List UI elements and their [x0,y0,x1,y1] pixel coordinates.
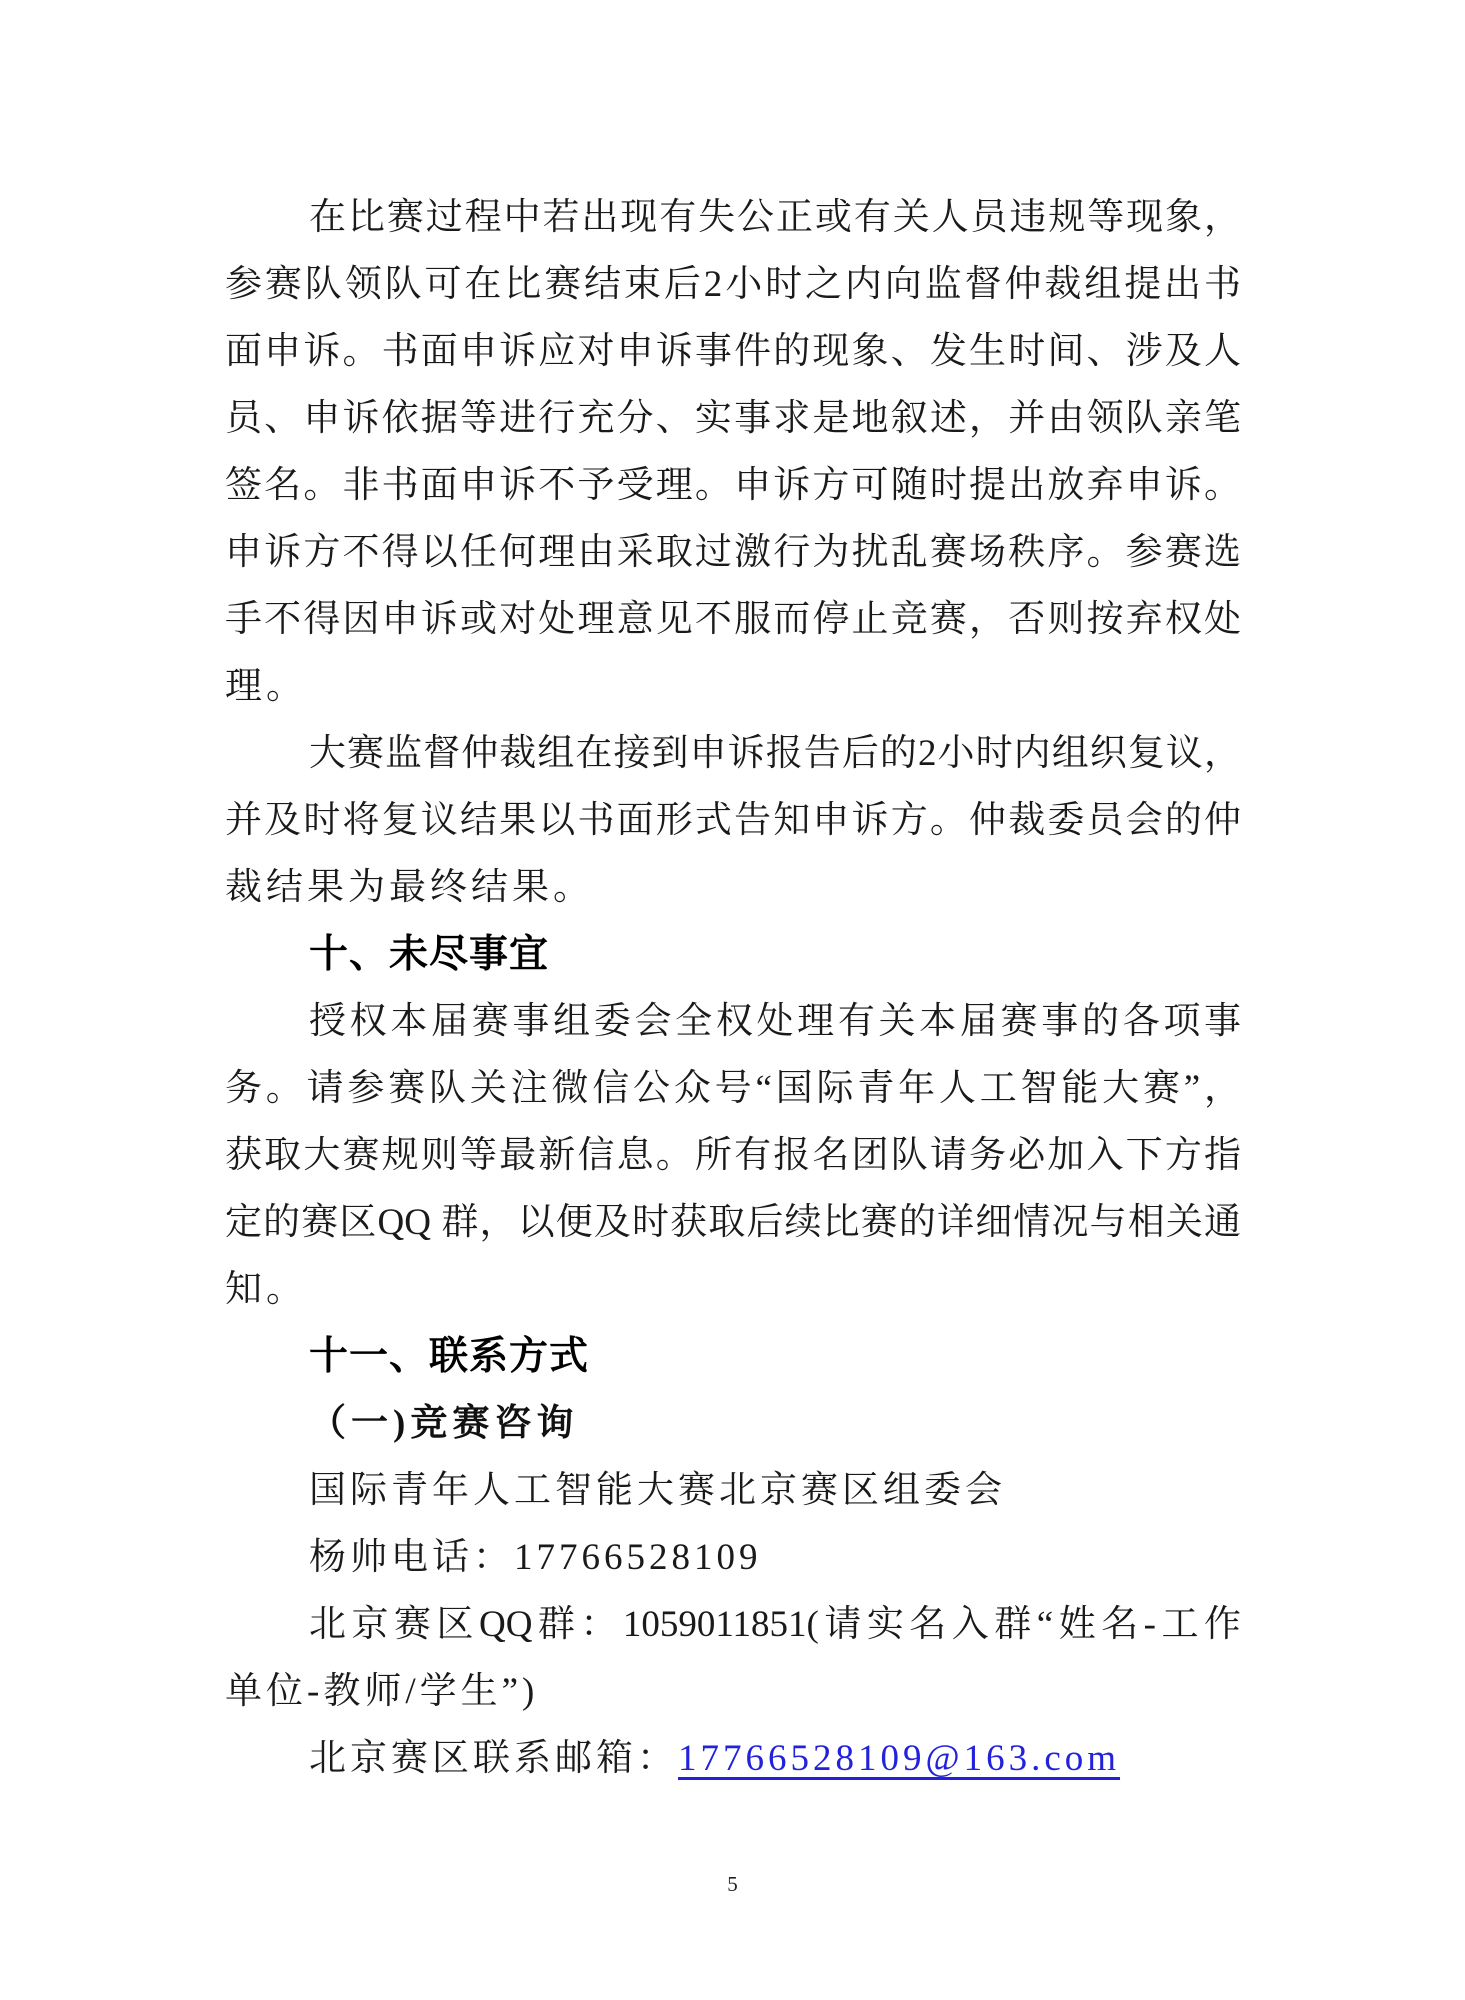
body-line: 并及时将复议结果以书面形式告知申诉方。仲裁委员会的仲 [225,787,1241,854]
body-line: 签名。非书面申诉不予受理。申诉方可随时提出放弃申诉。 [225,452,1241,519]
body-line: 员、申诉依据等进行充分、实事求是地叙述，并由领队亲笔 [225,385,1241,452]
body-line: 获取大赛规则等最新信息。所有报名团队请务必加入下方指 [225,1122,1241,1189]
body-line: 手不得因申诉或对处理意见不服而停止竞赛，否则按弃权处 [225,586,1241,653]
page-number: 5 [0,1870,1465,1898]
email-label: 北京赛区联系邮箱： [309,1738,678,1779]
body-line: 大赛监督仲裁组在接到申诉报告后的2小时内组织复议， [225,720,1241,787]
body-line: 面申诉。书面申诉应对申诉事件的现象、发生时间、涉及人 [225,318,1241,385]
contact-qq-line-wrap: 单位-教师/学生”) [225,1658,1241,1725]
subsection-heading-consult: （一)竞赛咨询 [225,1390,1241,1457]
body-line: 知。 [225,1256,1241,1323]
body-line: 理。 [225,653,1241,720]
contact-phone-line: 杨帅电话：17766528109 [225,1524,1241,1591]
contact-org-line: 国际青年人工智能大赛北京赛区组委会 [225,1457,1241,1524]
contact-email-line: 北京赛区联系邮箱：17766528109@163.com [225,1725,1241,1792]
body-line: 定的赛区QQ 群，以便及时获取后续比赛的详细情况与相关通 [225,1189,1241,1256]
body-line: 务。请参赛队关注微信公众号“国际青年人工智能大赛”， [225,1055,1241,1122]
contact-qq-line: 北京赛区QQ群：1059011851(请实名入群“姓名-工作 [225,1591,1241,1658]
body-line: 裁结果为最终结果。 [225,854,1241,921]
section-heading-ten: 十、未尽事宜 [225,921,1241,988]
email-link[interactable]: 17766528109@163.com [678,1738,1120,1779]
section-heading-eleven: 十一、联系方式 [225,1323,1241,1390]
document-page: 在比赛过程中若出现有失公正或有关人员违规等现象， 参赛队领队可在比赛结束后2小时… [0,0,1465,2000]
body-line: 授权本届赛事组委会全权处理有关本届赛事的各项事 [225,988,1241,1055]
document-body: 在比赛过程中若出现有失公正或有关人员违规等现象， 参赛队领队可在比赛结束后2小时… [225,184,1241,1792]
body-line: 参赛队领队可在比赛结束后2小时之内向监督仲裁组提出书 [225,251,1241,318]
body-line: 申诉方不得以任何理由采取过激行为扰乱赛场秩序。参赛选 [225,519,1241,586]
body-line: 在比赛过程中若出现有失公正或有关人员违规等现象， [225,184,1241,251]
